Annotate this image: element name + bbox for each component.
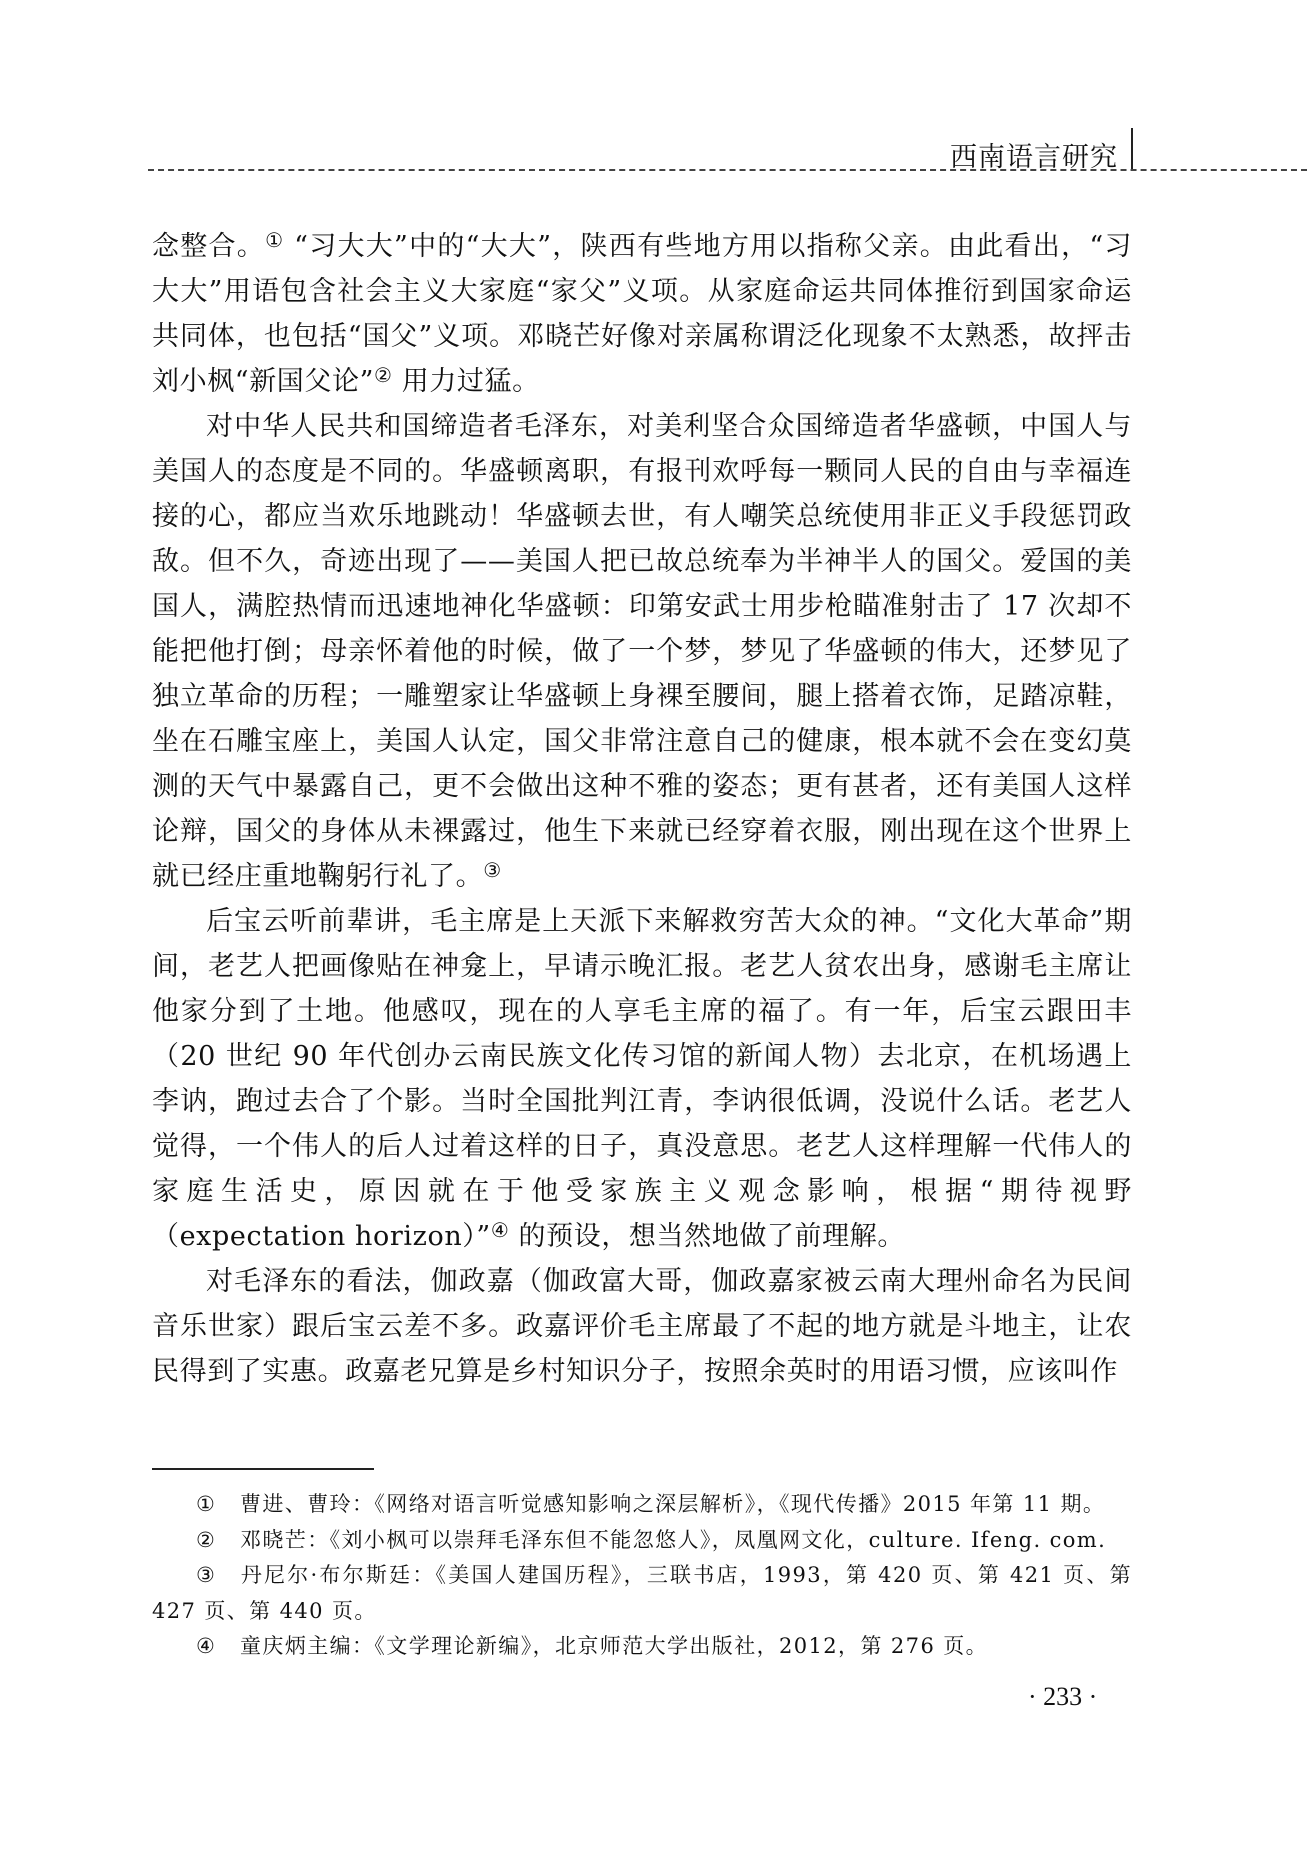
page-number: · 233 · [1028,1682,1097,1712]
footnote-ref-1[interactable]: ① [265,228,284,252]
footnotes: ①曹进、曹玲：《网络对语言听觉感知影响之深层解析》，《现代传播》2015 年第 … [152,1487,1132,1665]
paragraph-1: 念整合。① “习大大”中的“大大”，陕西有些地方用以指称父亲。由此看出，“习大大… [152,224,1132,404]
text-segment: “习大大”中的“大大”，陕西有些地方用以指称父亲。由此看出，“习大大”用语包含社… [152,231,1132,397]
running-header: 西南语言研究 [0,0,1307,180]
footnote-marker: ④ [196,1629,240,1665]
text-segment: 对毛泽东的看法，伽政嘉（伽政富大哥，伽政嘉家被云南大理州命名为民间音乐世家）跟后… [152,1266,1132,1387]
footnote-text: 曹进、曹玲：《网络对语言听觉感知影响之深层解析》，《现代传播》2015 年第 1… [240,1492,1105,1516]
text-segment: 的预设，想当然地做了前理解。 [509,1221,905,1252]
footnote-3: ③丹尼尔·布尔斯廷：《美国人建国历程》，三联书店，1993，第 420 页、第 … [152,1558,1132,1629]
footnote-text: 童庆炳主编：《文学理论新编》，北京师范大学出版社，2012，第 276 页。 [240,1634,988,1658]
footnote-ref-4[interactable]: ④ [491,1218,510,1242]
footnote-4: ④童庆炳主编：《文学理论新编》，北京师范大学出版社，2012，第 276 页。 [152,1629,1132,1665]
footnote-ref-2[interactable]: ② [374,363,393,387]
footnote-marker: ① [196,1487,240,1523]
paragraph-3: 后宝云听前辈讲，毛主席是上天派下来解救穷苦大众的神。“文化大革命”期间，老艺人把… [152,899,1132,1259]
text-segment: 用力过猛。 [393,366,540,397]
footnote-marker: ③ [196,1558,240,1594]
header-divider-vertical [1131,128,1133,170]
paragraph-2: 对中华人民共和国缔造者毛泽东，对美利坚合众国缔造者华盛顿，中国人与美国人的态度是… [152,404,1132,899]
footnote-ref-3[interactable]: ③ [483,858,502,882]
text-segment: 对中华人民共和国缔造者毛泽东，对美利坚合众国缔造者华盛顿，中国人与美国人的态度是… [152,411,1132,892]
body-text: 念整合。① “习大大”中的“大大”，陕西有些地方用以指称父亲。由此看出，“习大大… [152,224,1132,1394]
text-segment: 念整合。 [152,231,265,262]
footnote-text: 邓晓芒：《刘小枫可以崇拜毛泽东但不能忽悠人》，凤凰网文化，culture. If… [240,1528,1106,1552]
footnote-marker: ② [196,1523,240,1559]
footnote-1: ①曹进、曹玲：《网络对语言听觉感知影响之深层解析》，《现代传播》2015 年第 … [152,1487,1132,1523]
footnote-text: 丹尼尔·布尔斯廷：《美国人建国历程》，三联书店，1993，第 420 页、第 4… [152,1563,1132,1623]
footnote-separator [152,1468,374,1470]
text-segment: 后宝云听前辈讲，毛主席是上天派下来解救穷苦大众的神。“文化大革命”期间，老艺人把… [152,906,1132,1252]
header-dashed-rule [148,169,1307,171]
paragraph-4: 对毛泽东的看法，伽政嘉（伽政富大哥，伽政嘉家被云南大理州命名为民间音乐世家）跟后… [152,1259,1132,1394]
footnote-2: ②邓晓芒：《刘小枫可以崇拜毛泽东但不能忽悠人》，凤凰网文化，culture. I… [152,1523,1132,1559]
